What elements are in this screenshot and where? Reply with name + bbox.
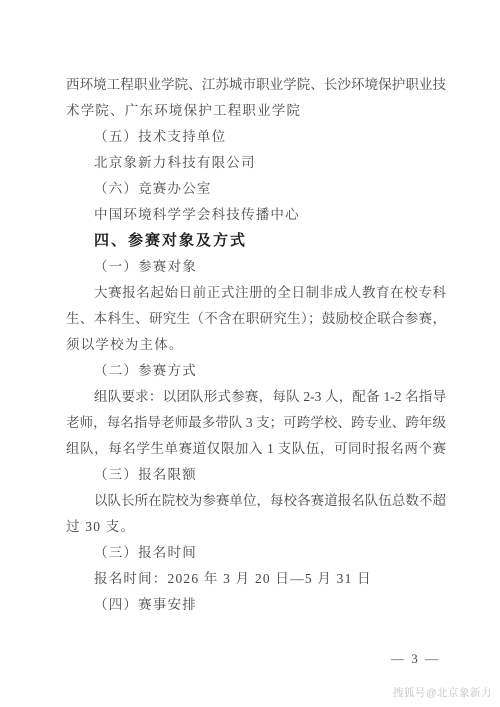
sohu-watermark: 搜狐号@北京象新力	[393, 686, 492, 700]
text-line: （四）赛事安排	[66, 592, 446, 618]
text-line: 过 30 支。	[66, 514, 446, 540]
document-body: 西环境工程职业学院、江苏城市职业学院、长沙环境保护职业技术学院、广东环境保护工程…	[66, 72, 446, 618]
text-line: 西环境工程职业学院、江苏城市职业学院、长沙环境保护职业技	[66, 72, 446, 98]
text-line: 须以学校为主体。	[66, 332, 446, 358]
text-line: 组队要求：以团队形式参赛，每队 2-3 人，配备 1-2 名指导	[66, 384, 446, 410]
text-line: 中国环境科学学会科技传播中心	[66, 202, 446, 228]
text-line: （三）报名限额	[66, 462, 446, 488]
text-line: 生、本科生、研究生（不含在职研究生）；鼓励校企联合参赛，	[66, 306, 446, 332]
document-page: 西环境工程职业学院、江苏城市职业学院、长沙环境保护职业技术学院、广东环境保护工程…	[0, 0, 500, 707]
section-heading: 四、参赛对象及方式	[66, 228, 446, 254]
text-line: （六）竞赛办公室	[66, 176, 446, 202]
text-line: 以队长所在院校为参赛单位，每校各赛道报名队伍总数不超	[66, 488, 446, 514]
text-line: （一）参赛对象	[66, 254, 446, 280]
text-line: 北京象新力科技有限公司	[66, 150, 446, 176]
text-line: 报名时间：2026 年 3 月 20 日—5 月 31 日	[66, 566, 446, 592]
text-line: （五）技术支持单位	[66, 124, 446, 150]
text-line: 老师，每名指导老师最多带队 3 支；可跨学校、跨专业、跨年级	[66, 410, 446, 436]
text-line: （三）报名时间	[66, 540, 446, 566]
text-line: 组队，每名学生单赛道仅限加入 1 支队伍，可同时报名两个赛道。	[66, 436, 446, 462]
text-line: （二）参赛方式	[66, 358, 446, 384]
page-number: — 3 —	[391, 651, 440, 667]
text-line: 大赛报名起始日前正式注册的全日制非成人教育在校专科	[66, 280, 446, 306]
text-line: 术学院、广东环境保护工程职业学院	[66, 98, 446, 124]
